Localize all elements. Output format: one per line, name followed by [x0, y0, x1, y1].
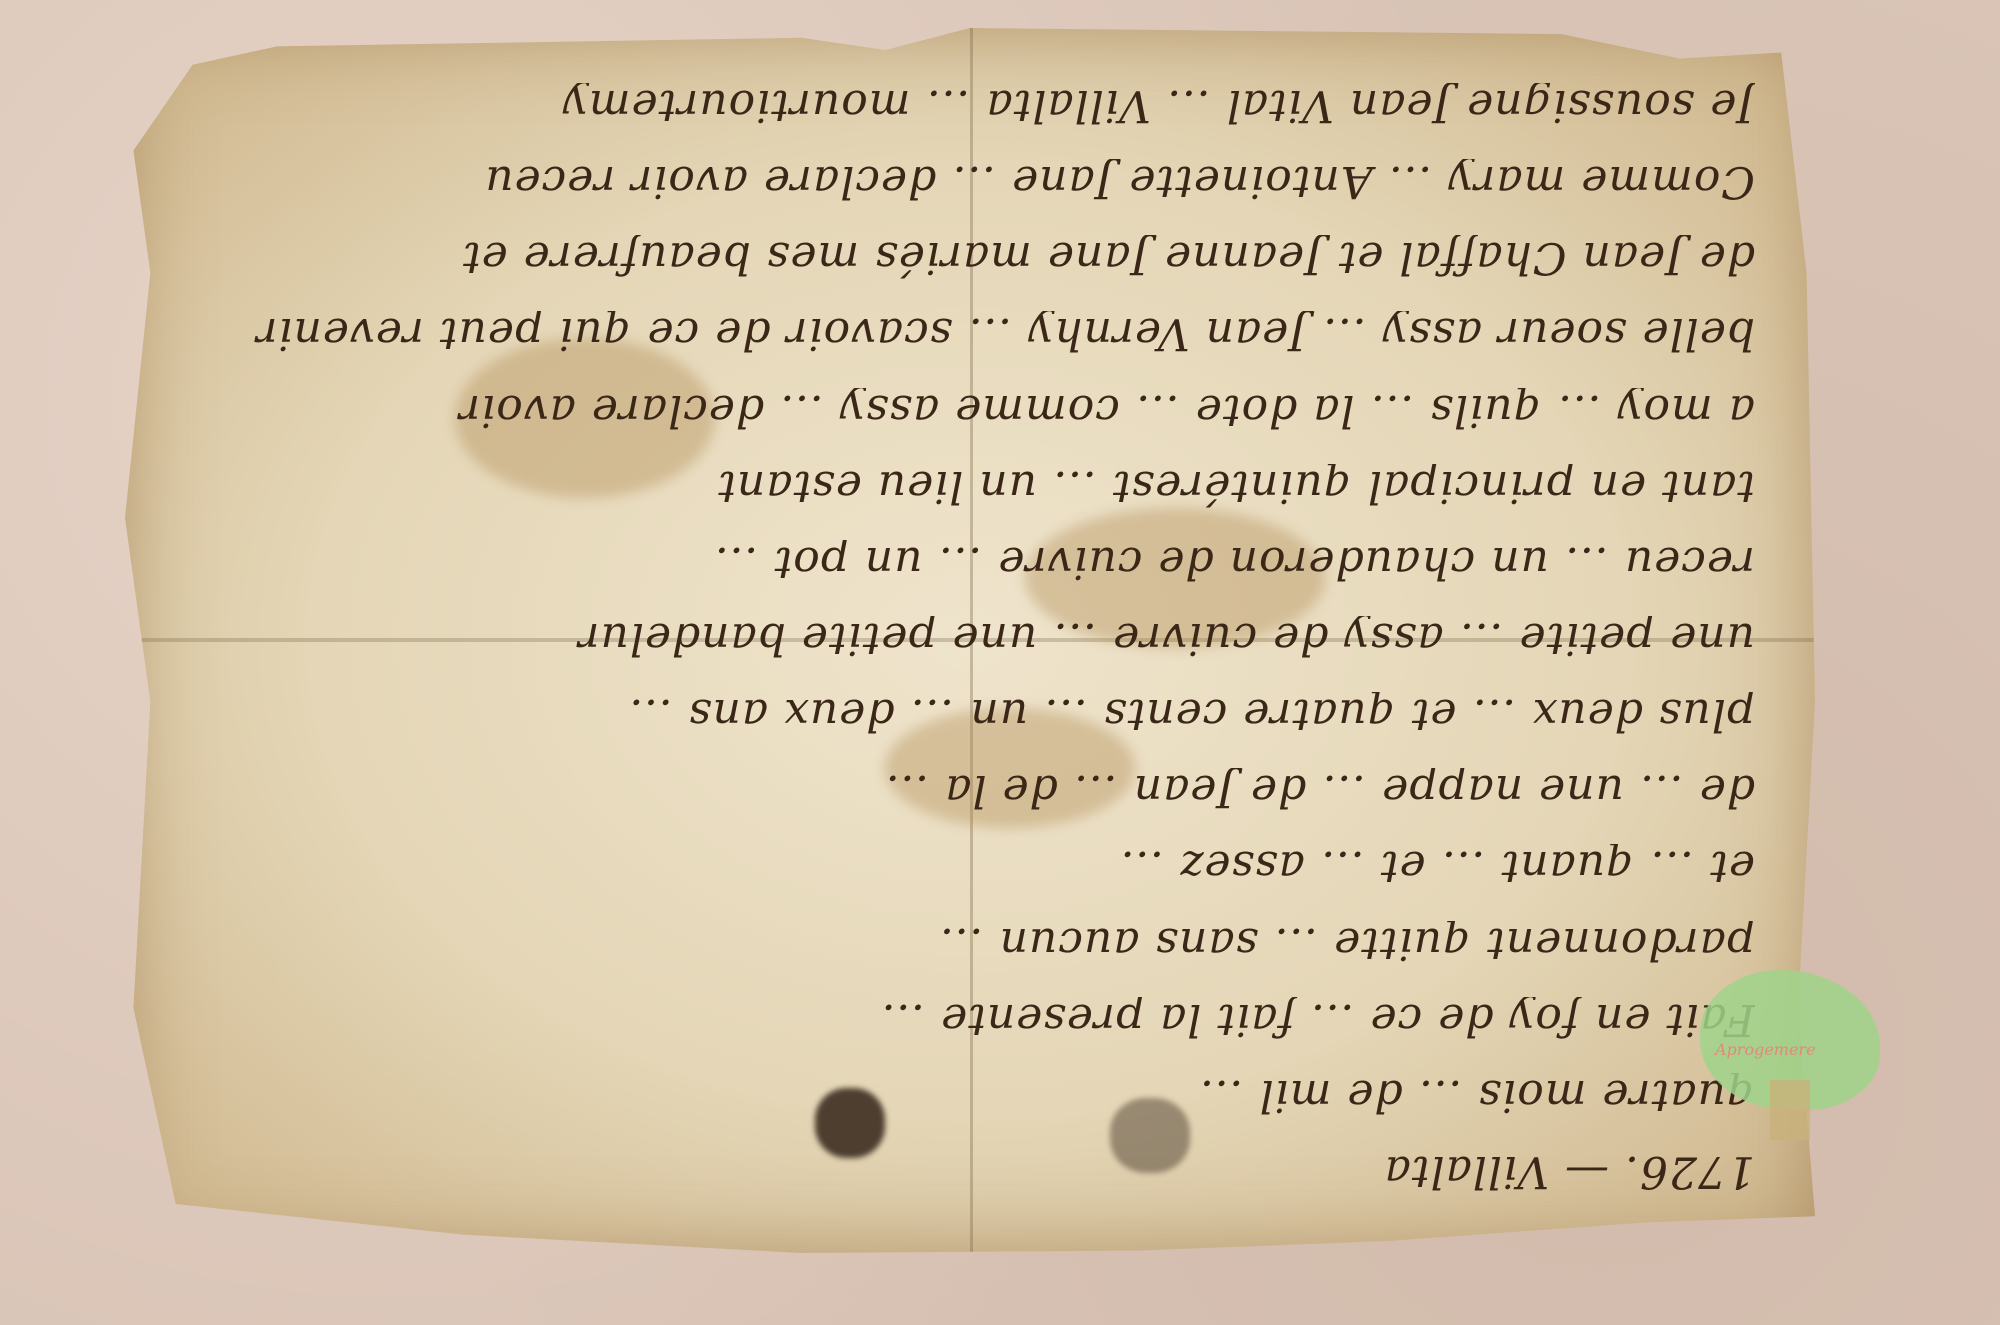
handwriting-line: de Jean Chaffal et Jeanne Jane mariés me… [185, 235, 1755, 279]
handwriting-line: de … une nappe … de Jean … de la … [185, 768, 1755, 812]
handwriting-line: a moy … quils … la dote … comme assy … d… [185, 388, 1755, 432]
handwriting-line: tant en principal quintérest … un lieu e… [185, 464, 1755, 508]
handwriting-line: plus deux … et quatre cents … un … deux … [185, 692, 1755, 736]
tree-watermark: Aprogemere [1700, 970, 1880, 1140]
handwriting-line: Fait en foy de ce … fait la presente … [185, 997, 1755, 1041]
handwriting-line: et … quant … et … assez … [185, 844, 1755, 888]
handwriting-line: une petite … assy de cuivre … une petite… [185, 616, 1755, 660]
manuscript-paper: 1726. — Villalta quatre mois … de mil … … [125, 28, 1815, 1253]
handwriting-line: pardonnent quitte … sans aucun … [185, 921, 1755, 965]
handwriting-lines: 1726. — Villalta quatre mois … de mil … … [185, 83, 1755, 1193]
tree-trunk-icon [1770, 1080, 1810, 1140]
handwriting-line: Je soussigne Jean Vital … Villalta … mou… [185, 83, 1755, 127]
watermark-text: Aprogemere [1715, 1040, 1816, 1059]
handwriting-line: Comme mary … Antoinette Jane … declare a… [185, 159, 1755, 203]
date-line: 1726. — Villalta [185, 1149, 1755, 1193]
photo: 1726. — Villalta quatre mois … de mil … … [0, 0, 2000, 1325]
handwriting-line: receu … un chauderon de cuivre … un pot … [185, 540, 1755, 584]
handwriting-line: quatre mois … de mil … [185, 1073, 1755, 1117]
handwriting-line: belle soeur assy … Jean Vernhy … scavoir… [185, 311, 1755, 355]
